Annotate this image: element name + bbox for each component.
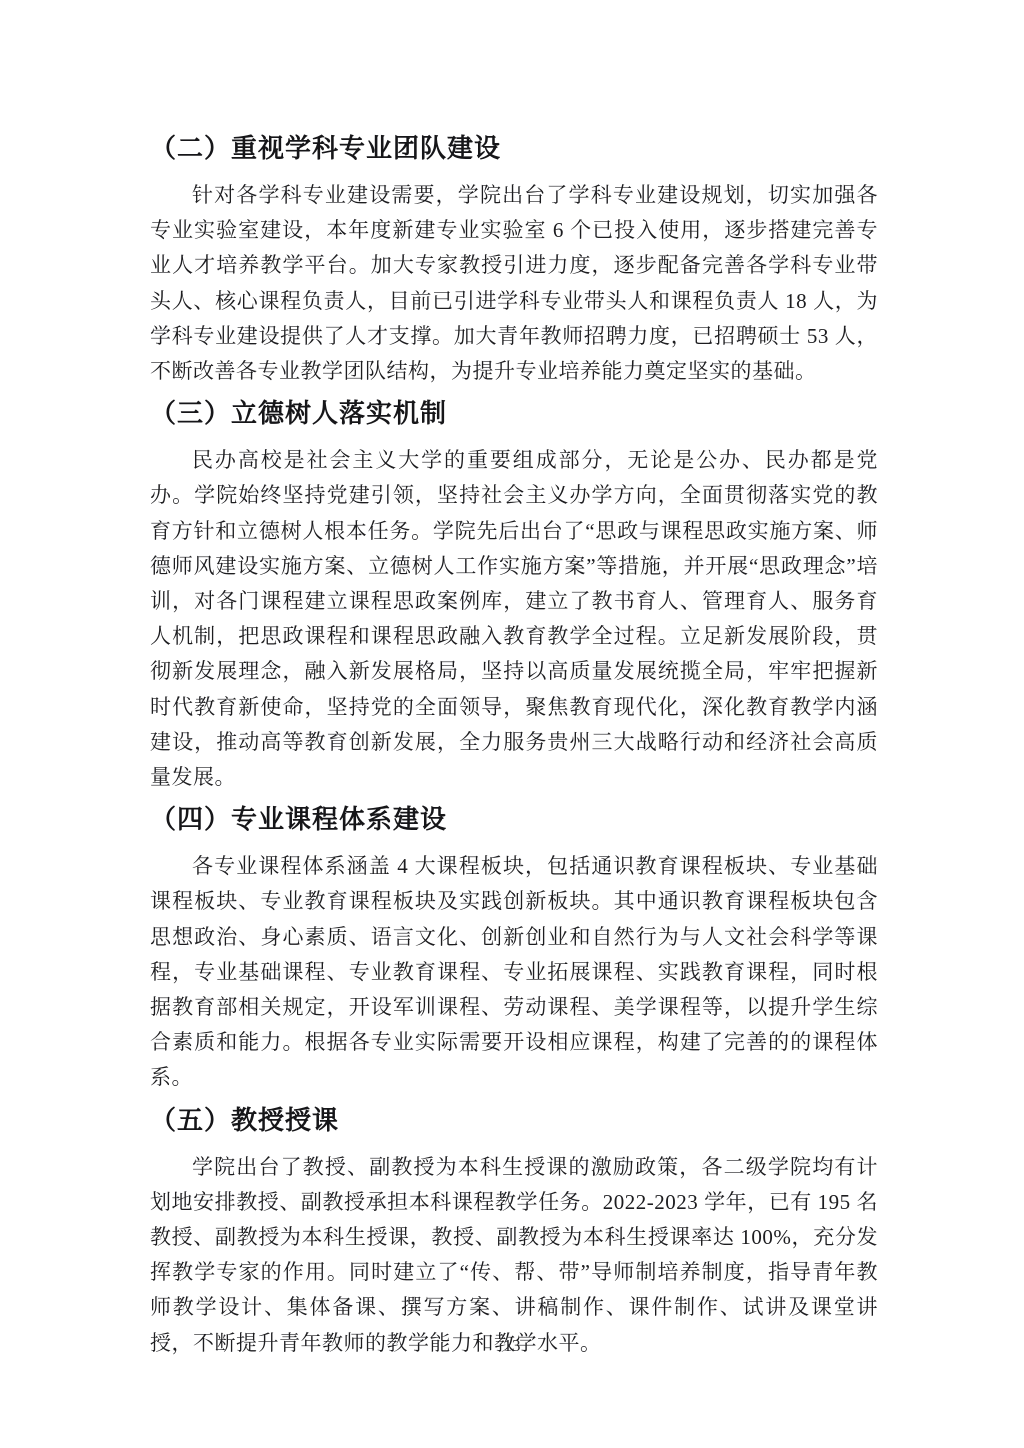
document-page: （二）重视学科专业团队建设 针对各学科专业建设需要，学院出台了学科专业建设规划，…	[0, 0, 1024, 1448]
section-heading-4: （四）专业课程体系建设	[150, 801, 878, 837]
page-number: 13	[0, 1336, 1024, 1356]
section-heading-3: （三）立德树人落实机制	[150, 395, 878, 431]
section-paragraph-2: 针对各学科专业建设需要，学院出台了学科专业建设规划，切实加强各专业实验室建设，本…	[150, 178, 878, 389]
section-paragraph-3: 民办高校是社会主义大学的重要组成部分，无论是公办、民办都是党办。学院始终坚持党建…	[150, 443, 878, 795]
section-paragraph-5: 学院出台了教授、副教授为本科生授课的激励政策，各二级学院均有计划地安排教授、副教…	[150, 1150, 878, 1361]
section-heading-5: （五）教授授课	[150, 1102, 878, 1138]
document-content: （二）重视学科专业团队建设 针对各学科专业建设需要，学院出台了学科专业建设规划，…	[150, 130, 878, 1361]
section-heading-2: （二）重视学科专业团队建设	[150, 130, 878, 166]
section-paragraph-4: 各专业课程体系涵盖 4 大课程板块，包括通识教育课程板块、专业基础课程板块、专业…	[150, 849, 878, 1095]
